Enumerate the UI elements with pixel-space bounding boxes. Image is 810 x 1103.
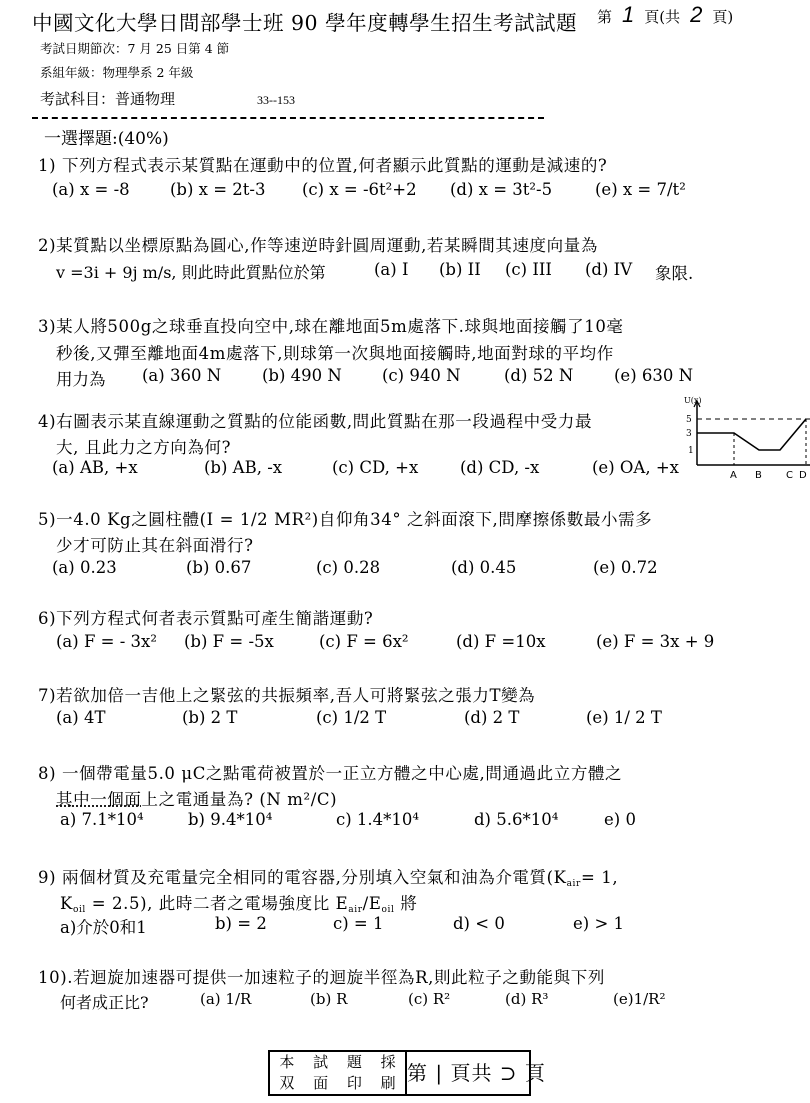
question-5-stem-line-1: 5)一4.0 Kg之圓柱體(I = 1/2 MR²)自仰角34° 之斜面滾下,問… (38, 506, 652, 530)
page-mid: 頁(共 (644, 8, 680, 26)
option: b) = 2 (215, 914, 333, 938)
option: (d) x = 3t²-5 (450, 180, 595, 199)
question-1-options: (a) x = -8 (b) x = 2t-3 (c) x = -6t²+2 (… (52, 180, 686, 199)
question-9-stem-line-1: 9) 兩個材質及充電量完全相同的電容器,分別填入空氣和油為介電質(Kair= 1… (38, 864, 618, 889)
option: (d) F =10x (456, 632, 596, 651)
option: (e) 630 N (614, 366, 693, 390)
option: (a) AB, +x (52, 458, 204, 477)
question-4-stem-line-2: 大, 且此力之方向為何? (56, 434, 231, 458)
question-9-stem-end: 將 (394, 894, 417, 913)
question-6-options: (a) F = - 3x² (b) F = -5x (c) F = 6x² (d… (56, 632, 714, 651)
option: (a) 4T (56, 708, 182, 727)
question-1-stem: 1) 下列方程式表示某質點在運動中的位置,何者顯示此質點的運動是減速的? (38, 152, 607, 176)
option: (b) II (439, 260, 505, 284)
svg-text:B: B (755, 470, 762, 480)
stamp-char: 刷 (371, 1073, 405, 1094)
option: (a) 360 N (142, 366, 262, 390)
question-6-stem: 6)下列方程式何者表示質點可產生簡諧運動? (38, 605, 373, 629)
exam-title: 中國文化大學日間部學士班 90 學年度轉學生招生考試試題 (32, 6, 577, 36)
question-2-suffix: 象限. (655, 260, 693, 284)
question-8-stem-line-1: 8) 一個帶電量5.0 μC之點電荷被置於一正立方體之中心處,問通過此立方體之 (38, 760, 622, 784)
page-suffix: 頁) (712, 8, 733, 26)
potential-energy-graph: U(x) 5 3 1 A B C D (682, 395, 810, 480)
question-10-stem: 10).若迴旋加速器可提供一加速粒子的迴旋半徑為R,則此粒子之動能與下列 (38, 964, 605, 988)
stamp-char: 題 (338, 1052, 372, 1073)
option: (e) 0.72 (593, 558, 658, 577)
subject-line: 考試科目：普通物理33--153 (40, 88, 295, 109)
option: (d) R³ (505, 990, 613, 1013)
header-divider (32, 117, 544, 119)
stamp-char: 本 (270, 1052, 304, 1073)
question-9-options: a)介於0和1 b) = 2 c) = 1 d) < 0 e) > 1 (60, 914, 624, 938)
page-indicator: 第1頁(共2頁) (597, 2, 733, 28)
option: c) = 1 (333, 914, 453, 938)
option: e) > 1 (573, 914, 624, 938)
option: e) 0 (604, 810, 636, 829)
question-8-stem-line-2: 其中一個面上之電通量為? (N m²/C) (56, 786, 337, 810)
option: (a) 0.23 (52, 558, 186, 577)
option: a) 7.1*10⁴ (60, 810, 188, 829)
option: (a) F = - 3x² (56, 632, 184, 651)
section-title: 一選擇題:(40%) (44, 124, 169, 149)
option: (e) OA, +x (592, 458, 679, 477)
svg-text:1: 1 (688, 446, 694, 456)
svg-text:5: 5 (686, 415, 692, 425)
option: (b) F = -5x (184, 632, 319, 651)
option: (e) x = 7/t² (595, 180, 686, 199)
question-2-stem-tail: v =3i + 9j m/s, 則此時此質點位於第 (56, 260, 374, 284)
option: (c) F = 6x² (319, 632, 456, 651)
question-3-stem-tail: 用力為 (56, 366, 142, 390)
k-air-subscript: air (567, 879, 581, 889)
question-8-underlined: 其中一個面 (56, 790, 142, 809)
option: d) 5.6*10⁴ (474, 810, 604, 829)
question-9-stem-text: 9) 兩個材質及充電量完全相同的電容器,分別填入空氣和油為介電質(K (38, 868, 567, 887)
question-2-options: v =3i + 9j m/s, 則此時此質點位於第 (a) I (b) II (… (56, 260, 693, 284)
option: (c) R² (408, 990, 505, 1013)
stamp-char: 試 (304, 1052, 338, 1073)
question-3-stem-line-2: 秒後,又彈至離地面4m處落下,則球第一次與地面接觸時,地面對球的平均作 (56, 340, 614, 364)
question-2-stem: 2)某質點以坐標原點為圓心,作等速逆時針圓周運動,若某瞬間其速度向量為 (38, 232, 598, 256)
question-9-stem-line-2: Koil = 2.5), 此時二者之電場強度比 Eair/Eoil 將 (60, 890, 417, 915)
option: (d) 52 N (504, 366, 614, 390)
question-7-options: (a) 4T (b) 2 T (c) 1/2 T (d) 2 T (e) 1/ … (56, 708, 662, 727)
question-8-options: a) 7.1*10⁴ b) 9.4*10⁴ c) 1.4*10⁴ d) 5.6*… (60, 810, 636, 829)
option: (e) 1/ 2 T (586, 708, 662, 727)
option: (c) 1/2 T (316, 708, 464, 727)
option: (a) 1/R (200, 990, 310, 1013)
question-10-options: 何者成正比? (a) 1/R (b) R (c) R² (d) R³ (e)1/… (60, 990, 666, 1013)
double-sided-print-stamp: 本 試 題 採 双 面 印 刷 (268, 1050, 407, 1096)
option: a)介於0和1 (60, 914, 215, 938)
option: d) < 0 (453, 914, 573, 938)
question-9-stem-mid: = 2.5), 此時二者之電場強度比 E (86, 894, 348, 913)
option: (c) 0.28 (316, 558, 451, 577)
option: (d) 2 T (464, 708, 586, 727)
stamp-char: 面 (304, 1073, 338, 1094)
option: (d) IV (585, 260, 655, 284)
question-7-stem: 7)若欲加倍一吉他上之緊弦的共振頻率,吾人可將緊弦之張力T變為 (38, 682, 535, 706)
question-4-options: (a) AB, +x (b) AB, -x (c) CD, +x (d) CD,… (52, 458, 679, 477)
svg-text:3: 3 (686, 429, 692, 439)
option: (c) x = -6t²+2 (302, 180, 450, 199)
question-5-stem-line-2: 少才可防止其在斜面滑行? (56, 532, 254, 556)
svg-text:U(x): U(x) (684, 396, 702, 405)
option: (c) 940 N (382, 366, 504, 390)
question-4-stem-line-1: 4)右圖表示某直線運動之質點的位能函數,問此質點在那一段過程中受力最 (38, 408, 592, 432)
svg-text:A: A (730, 470, 737, 480)
option: (b) AB, -x (204, 458, 332, 477)
option: (a) x = -8 (52, 180, 170, 199)
option: b) 9.4*10⁴ (188, 810, 336, 829)
option: (a) I (374, 260, 439, 284)
k-air-value: = 1, (581, 868, 618, 887)
question-8-stem-tail: 上之電通量為? (N m²/C) (142, 790, 338, 809)
option: (b) R (310, 990, 408, 1013)
potential-graph-svg: U(x) 5 3 1 A B C D (682, 395, 810, 480)
stamp-char: 採 (371, 1052, 405, 1073)
subject-code: 33--153 (257, 93, 295, 107)
e-slash: /E (363, 894, 382, 913)
option: (b) 490 N (262, 366, 382, 390)
option: (d) CD, -x (460, 458, 592, 477)
page-total: 2 (690, 2, 702, 27)
option: (e)1/R² (613, 990, 666, 1013)
department: 系組年級：物理學系 2 年級 (40, 63, 193, 81)
option: (e) F = 3x + 9 (596, 632, 714, 651)
k-symbol: K (60, 894, 73, 913)
option: (c) III (505, 260, 585, 284)
option: (b) 0.67 (186, 558, 316, 577)
page-current: 1 (622, 2, 634, 27)
option: (d) 0.45 (451, 558, 593, 577)
svg-text:D: D (799, 470, 807, 480)
question-3-stem-line-1: 3)某人將500g之球垂直投向空中,球在離地面5m處落下.球與地面接觸了10毫 (38, 313, 624, 337)
svg-text:C: C (786, 470, 793, 480)
subject: 考試科目：普通物理 (40, 90, 175, 108)
option: c) 1.4*10⁴ (336, 810, 474, 829)
exam-date: 考試日期節次：7 月 25 日第 4 節 (40, 39, 229, 57)
page-prefix: 第 (597, 8, 612, 26)
page-count-stamp: 第 | 頁共 ⊃ 頁 (405, 1050, 531, 1096)
stamp-char: 双 (270, 1073, 304, 1094)
option: (c) CD, +x (332, 458, 460, 477)
question-5-options: (a) 0.23 (b) 0.67 (c) 0.28 (d) 0.45 (e) … (52, 558, 658, 577)
question-3-options: 用力為 (a) 360 N (b) 490 N (c) 940 N (d) 52… (56, 366, 693, 390)
question-10-stem-tail: 何者成正比? (60, 990, 200, 1013)
option: (b) x = 2t-3 (170, 180, 302, 199)
option: (b) 2 T (182, 708, 316, 727)
stamp-char: 印 (338, 1073, 372, 1094)
